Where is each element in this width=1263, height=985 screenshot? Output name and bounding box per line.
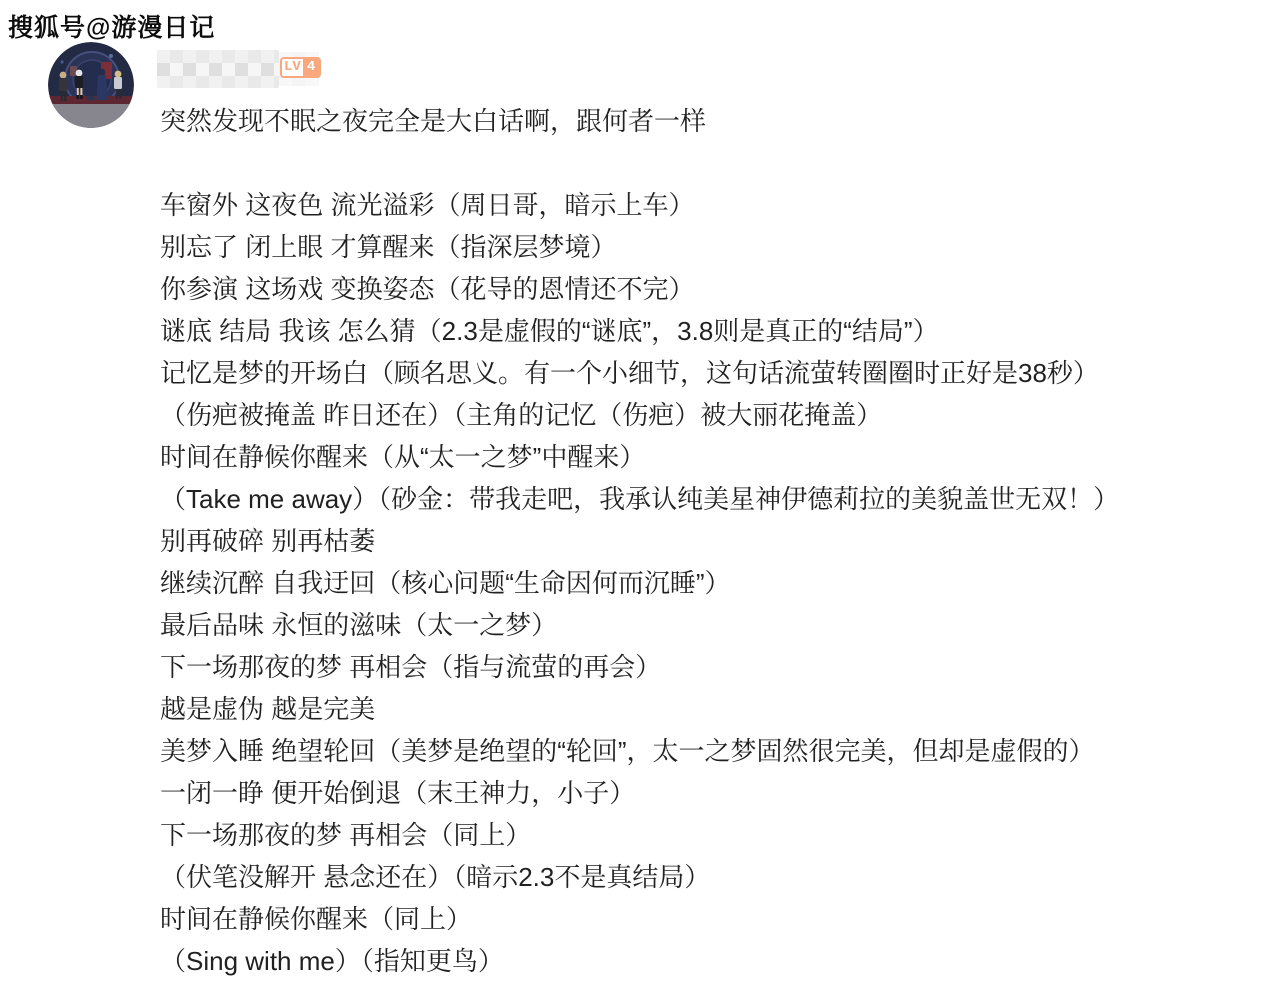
- post-line: 别再破碎 别再枯萎: [160, 520, 1220, 562]
- post-line: 时间在静候你醒来（从“太一之梦”中醒来）: [160, 436, 1220, 478]
- level-badge-number: 4: [303, 59, 319, 76]
- user-avatar[interactable]: [48, 42, 134, 128]
- user-level-badge: LV 4: [280, 57, 321, 78]
- post-line: （伤疤被掩盖 昨日还在）（主角的记忆（伤疤）被大丽花掩盖）: [160, 394, 1220, 436]
- post-line: （Sing with me）（指知更鸟）: [160, 940, 1220, 982]
- post-line: 你参演 这场戏 变换姿态（花导的恩情还不完）: [160, 268, 1220, 310]
- post-line: 别忘了 闭上眼 才算醒来（指深层梦境）: [160, 226, 1220, 268]
- sohu-watermark: 搜狐号@游漫日记: [8, 8, 215, 44]
- post-line: 一闭一睁 便开始倒退（末王神力，小子）: [160, 772, 1220, 814]
- post-line: 下一场那夜的梦 再相会（指与流萤的再会）: [160, 646, 1220, 688]
- censored-username[interactable]: [157, 50, 279, 88]
- comment-post: 搜狐号@游漫日记: [0, 0, 1263, 985]
- post-line: 时间在静候你醒来（同上）: [160, 898, 1220, 940]
- level-badge-prefix: LV: [282, 59, 303, 76]
- post-body: 突然发现不眠之夜完全是大白话啊，跟何者一样 车窗外 这夜色 流光溢彩（周日哥，暗…: [160, 100, 1220, 982]
- post-line: 最后品味 永恒的滋味（太一之梦）: [160, 604, 1220, 646]
- post-line: 美梦入睡 绝望轮回（美梦是绝望的“轮回”，太一之梦固然很完美，但却是虚假的）: [160, 730, 1220, 772]
- post-line: 谜底 结局 我该 怎么猜（2.3是虚假的“谜底”，3.8则是真正的“结局”）: [160, 310, 1220, 352]
- post-line: （伏笔没解开 悬念还在）（暗示2.3不是真结局）: [160, 856, 1220, 898]
- post-line-blank: [160, 142, 1220, 184]
- post-line: 下一场那夜的梦 再相会（同上）: [160, 814, 1220, 856]
- avatar-group-photo-image: [48, 42, 134, 128]
- post-line: 记忆是梦的开场白（顾名思义。有一个小细节，这句话流萤转圈圈时正好是38秒）: [160, 352, 1220, 394]
- post-line: 继续沉醉 自我迂回（核心问题“生命因何而沉睡”）: [160, 562, 1220, 604]
- post-line: （Take me away）（砂金：带我走吧，我承认纯美星神伊德莉拉的美貌盖世无…: [160, 478, 1220, 520]
- post-line: 突然发现不眠之夜完全是大白话啊，跟何者一样: [160, 100, 1220, 142]
- post-line: 越是虚伪 越是完美: [160, 688, 1220, 730]
- post-line: 车窗外 这夜色 流光溢彩（周日哥，暗示上车）: [160, 184, 1220, 226]
